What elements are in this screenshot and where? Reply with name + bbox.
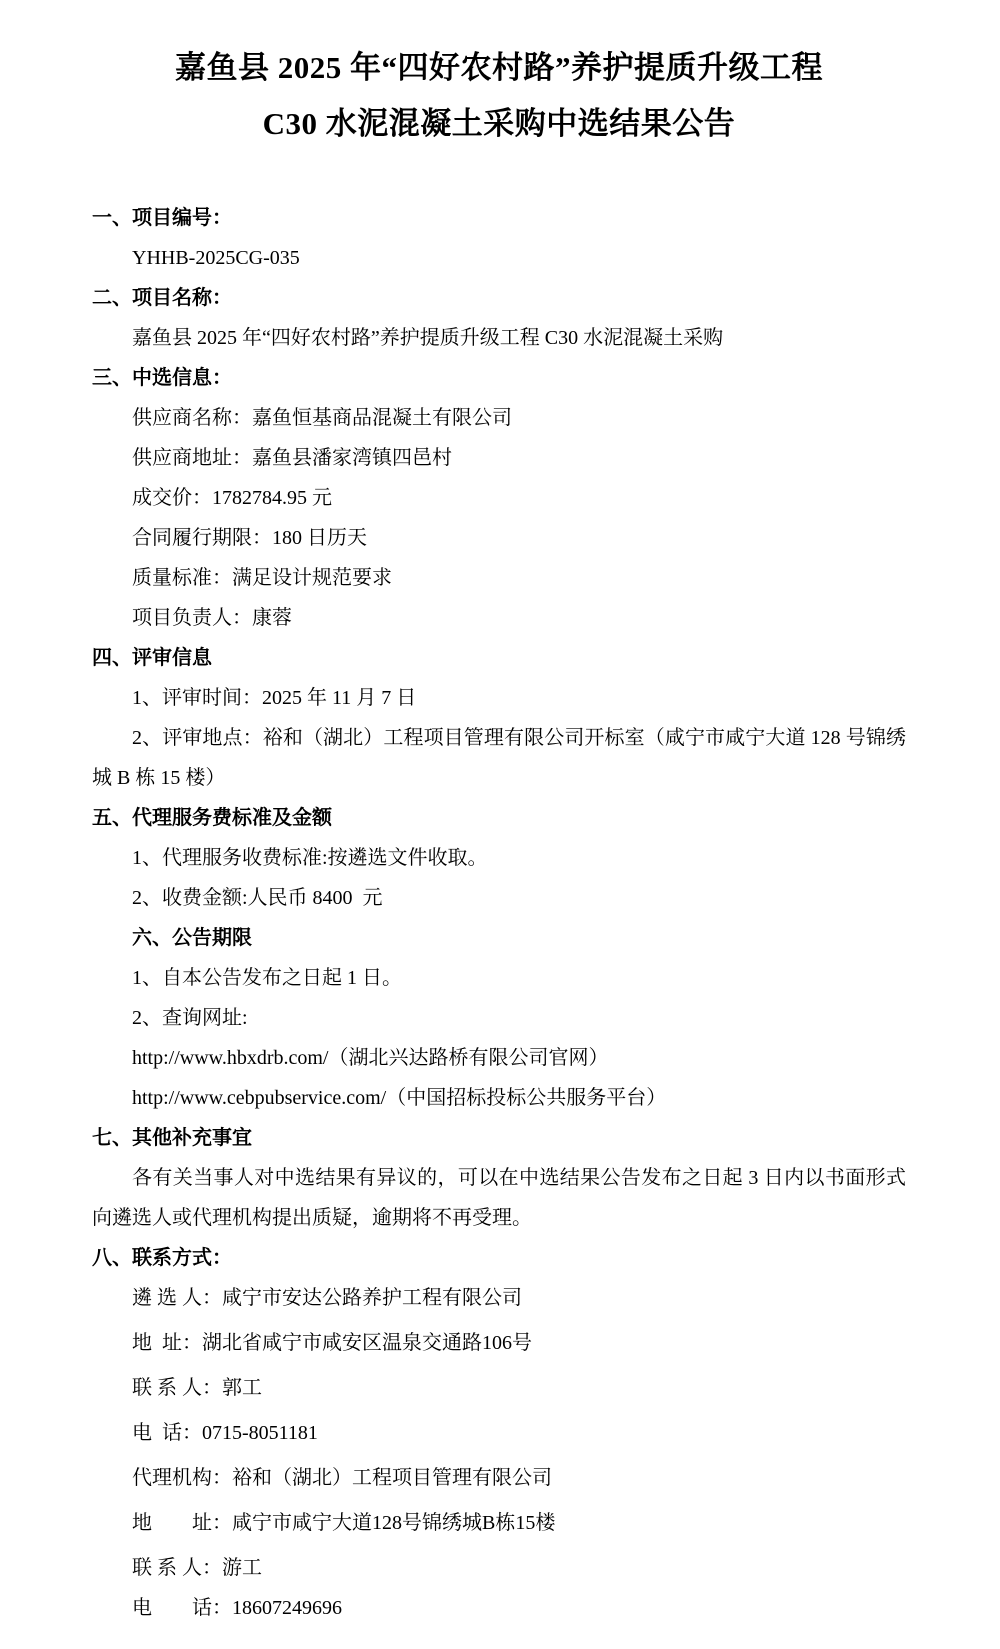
- section-4-heading: 四、评审信息: [92, 638, 906, 678]
- selector-address: 地 址：湖北省咸宁市咸安区温泉交通路106号: [92, 1323, 906, 1363]
- fee-amount: 2、收费金额:人民币 8400 元: [92, 878, 906, 918]
- selector-phone: 电 话：0715-8051181: [92, 1413, 906, 1453]
- agency-name: 代理机构：裕和（湖北）工程项目管理有限公司: [92, 1458, 906, 1498]
- section-1-heading: 一、项目编号：: [92, 198, 906, 238]
- review-place: 2、评审地点：裕和（湖北）工程项目管理有限公司开标室（咸宁市咸宁大道 128 号…: [92, 718, 906, 798]
- document-title: 嘉鱼县 2025 年“四好农村路”养护提质升级工程 C30 水泥混凝土采购中选结…: [92, 40, 906, 152]
- section-8-heading: 八、联系方式：: [92, 1238, 906, 1278]
- contract-period: 合同履行期限：180 日历天: [92, 518, 906, 558]
- fee-standard: 1、代理服务收费标准:按遴选文件收取。: [92, 838, 906, 878]
- project-name-value: 嘉鱼县 2025 年“四好农村路”养护提质升级工程 C30 水泥混凝土采购: [92, 318, 906, 358]
- section-6-heading: 六、公告期限: [92, 918, 906, 958]
- deal-price: 成交价：1782784.95 元: [92, 478, 906, 518]
- announcement-page: 嘉鱼县 2025 年“四好农村路”养护提质升级工程 C30 水泥混凝土采购中选结…: [0, 0, 1000, 1649]
- agency-address: 地 址：咸宁市咸宁大道128号锦绣城B栋15楼: [92, 1503, 906, 1543]
- review-time: 1、评审时间：2025 年 11 月 7 日: [92, 678, 906, 718]
- project-manager: 项目负责人：康蓉: [92, 598, 906, 638]
- objection-paragraph: 各有关当事人对中选结果有异议的，可以在中选结果公告发布之日起 3 日内以书面形式…: [92, 1158, 906, 1238]
- selector-name: 遴 选 人：咸宁市安达公路养护工程有限公司: [92, 1278, 906, 1318]
- title-line-2: C30 水泥混凝土采购中选结果公告: [92, 96, 906, 152]
- announcement-duration: 1、自本公告发布之日起 1 日。: [92, 958, 906, 998]
- supplier-name: 供应商名称：嘉鱼恒基商品混凝土有限公司: [92, 398, 906, 438]
- section-5-heading: 五、代理服务费标准及金额: [92, 798, 906, 838]
- quality-standard: 质量标准：满足设计规范要求: [92, 558, 906, 598]
- agency-contact-person: 联 系 人：游工: [92, 1548, 906, 1588]
- query-url-1: http://www.hbxdrb.com/（湖北兴达路桥有限公司官网）: [92, 1038, 906, 1078]
- query-url-2: http://www.cebpubservice.com/（中国招标投标公共服务…: [92, 1078, 906, 1118]
- title-line-1: 嘉鱼县 2025 年“四好农村路”养护提质升级工程: [92, 40, 906, 96]
- document-body: 一、项目编号： YHHB-2025CG-035 二、项目名称： 嘉鱼县 2025…: [92, 198, 906, 1628]
- section-7-heading: 七、其他补充事宜: [92, 1118, 906, 1158]
- supplier-address: 供应商地址：嘉鱼县潘家湾镇四邑村: [92, 438, 906, 478]
- query-url-label: 2、查询网址:: [92, 998, 906, 1038]
- agency-phone: 电 话：18607249696: [92, 1588, 906, 1628]
- selector-contact-person: 联 系 人：郭工: [92, 1368, 906, 1408]
- section-3-heading: 三、中选信息：: [92, 358, 906, 398]
- project-number-value: YHHB-2025CG-035: [92, 238, 906, 278]
- section-2-heading: 二、项目名称：: [92, 278, 906, 318]
